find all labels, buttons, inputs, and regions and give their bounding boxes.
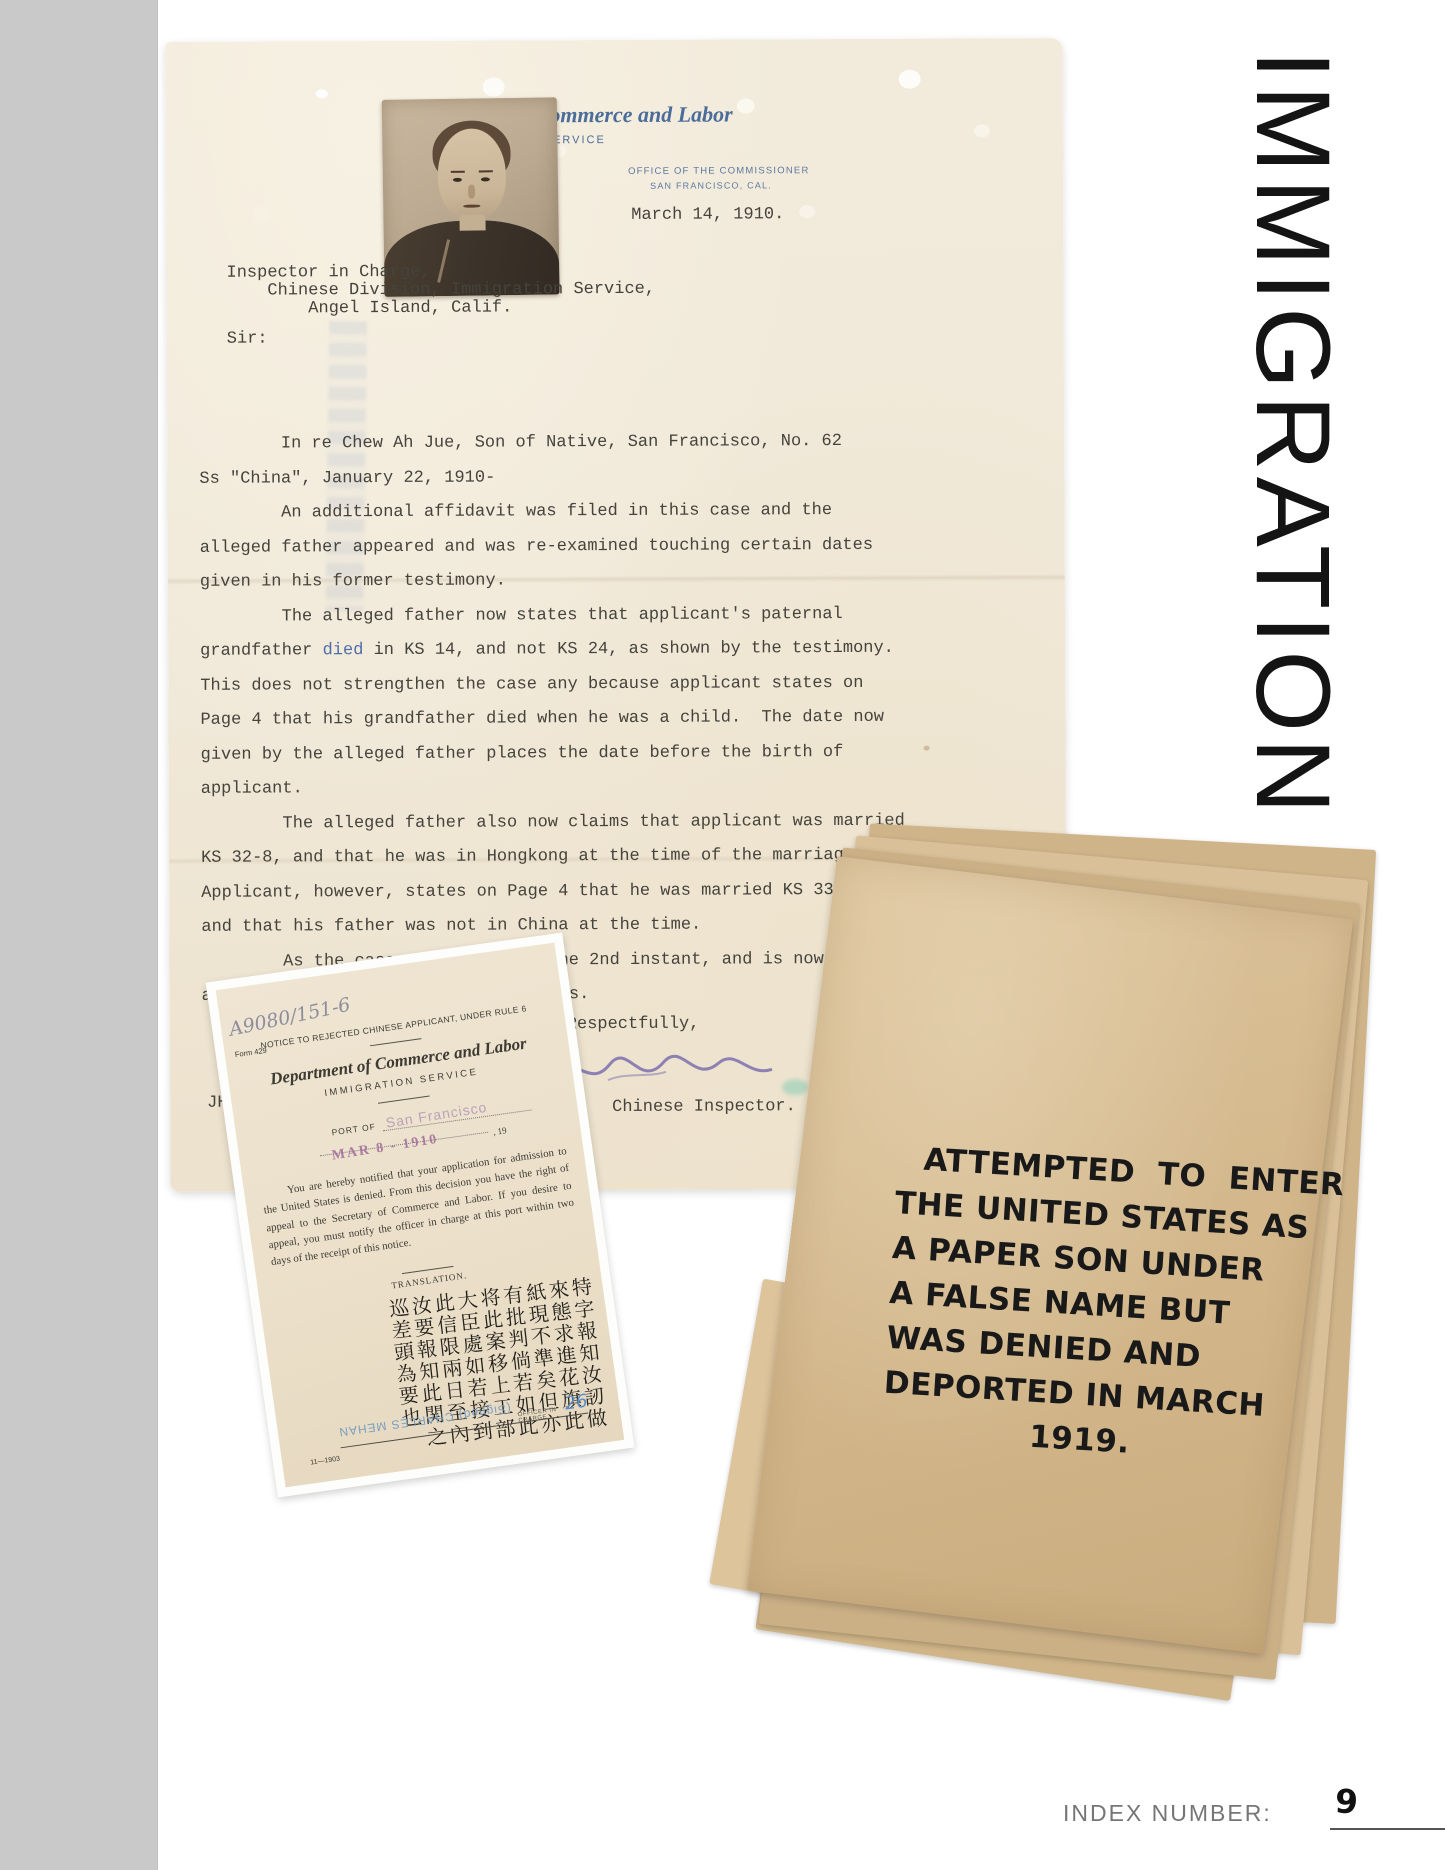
port-label: PORT OF <box>331 1121 376 1137</box>
ink-smudge <box>782 1079 808 1095</box>
print-code: 11—1903 <box>310 1456 341 1467</box>
office-line-2: SAN FRANCISCO, CAL. <box>650 180 772 191</box>
section-title-vertical: IMMIGRATION <box>1238 50 1346 850</box>
index-number-label: INDEX NUMBER: <box>1063 1800 1272 1827</box>
body-line: Page 4 that his grandfather died when he… <box>200 701 904 739</box>
divider <box>378 1096 430 1104</box>
body-line: An additional affidavit was filed in thi… <box>199 494 903 532</box>
body-line: applicant. <box>201 770 905 808</box>
divider <box>370 1038 422 1046</box>
address-line-2: Chinese Division, Immigration Service, <box>227 280 656 301</box>
rejection-notice-document: A9080/151-6 Form 429 NOTICE TO REJECTED … <box>206 932 635 1497</box>
body-line: The alleged father also now claims that … <box>201 804 905 842</box>
letter-body: In re Chew Ah Jue, Son of Native, San Fr… <box>199 425 905 1015</box>
blue-ink-word: died <box>323 641 364 660</box>
notice-paper: A9080/151-6 Form 429 NOTICE TO REJECTED … <box>216 943 625 1488</box>
body-line: Applicant, however, states on Page 4 tha… <box>201 873 905 911</box>
body-line: KS 32-8, and that he was in Hongkong at … <box>201 839 905 877</box>
kraft-card-stack: ATTEMPTED TO ENTER THE UNITED STATES AS … <box>747 856 1353 1654</box>
salutation: Sir: <box>227 330 268 349</box>
body-line: This does not strengthen the case any be… <box>200 666 904 704</box>
scrapbook-page: Department of Commerce and Labor IMMIGRA… <box>0 0 1445 1870</box>
date-stamp: MAR 8 - 1910 <box>331 1132 440 1165</box>
index-number-value: 9 <box>1334 1781 1360 1822</box>
address-line-1: Inspector in Charge, <box>226 263 430 283</box>
body-line: alleged father appeared and was re-exami… <box>200 528 904 566</box>
paper-damage-spots <box>316 89 328 98</box>
letter-date: March 14, 1910. <box>631 205 784 225</box>
address-line-3: Angel Island, Calif. <box>227 298 513 318</box>
chinese-translation-text: 特字報知汝訒做 來態求進花旗此 紙現不準矣但亦 有批判倘若如此 将此案移上工部 … <box>383 1276 607 1458</box>
kraft-card-front: ATTEMPTED TO ENTER THE UNITED STATES AS … <box>747 856 1353 1654</box>
body-line: In re Chew Ah Jue, Son of Native, San Fr… <box>199 425 903 463</box>
body-line: Ss "China", January 22, 1910- <box>199 459 903 497</box>
handwritten-note: ATTEMPTED TO ENTER THE UNITED STATES AS … <box>880 1136 1295 1475</box>
office-line-1: OFFICE OF THE COMMISSIONER <box>628 165 809 177</box>
printed-year-suffix: , 19 <box>492 1125 507 1137</box>
port-stamp-value: San Francisco <box>385 1099 489 1131</box>
body-line: given by the alleged father places the d… <box>201 735 905 773</box>
body-line: The alleged father now states that appli… <box>200 597 904 635</box>
body-line-died: grandfather died in KS 14, and not KS 24… <box>200 632 904 670</box>
notice-body-text: You are hereby notified that your applic… <box>260 1143 577 1271</box>
body-line: given in his former testimony. <box>200 563 904 601</box>
page-gutter <box>0 0 158 1870</box>
signer-title: Chinese Inspector. <box>612 1097 796 1117</box>
stamp-number: 26 <box>563 1391 589 1415</box>
index-number-line <box>1330 1828 1445 1830</box>
